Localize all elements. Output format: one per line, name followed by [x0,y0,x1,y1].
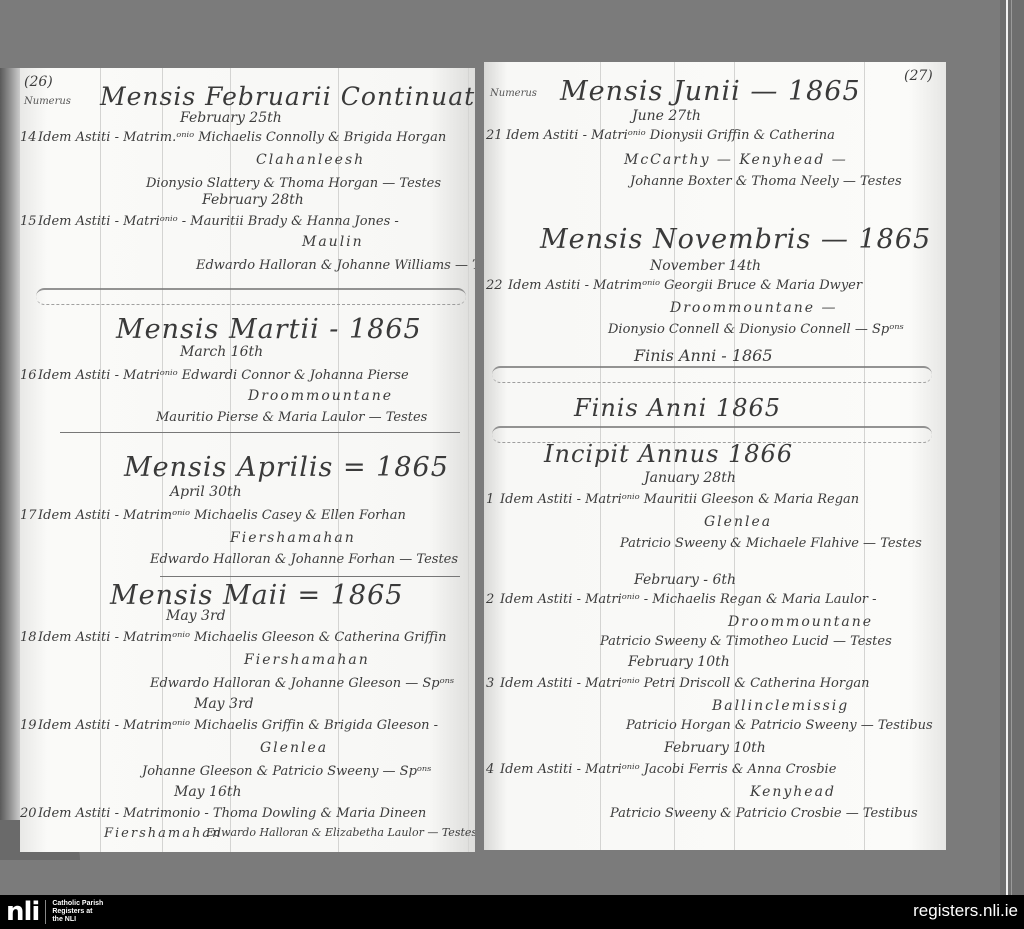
entry-line: Idem Astiti - Matriᵒⁿⁱᵒ Petri Driscoll &… [500,676,870,691]
entry-place: Kenyhead [750,784,836,800]
entry-sponsors: Mauritio Pierse & Maria Laulor — Testes [156,410,427,425]
site-url-link[interactable]: registers.nli.ie [913,901,1018,921]
entry-sponsors: Edwardo Halloran & Elizabetha Laulor — T… [206,826,475,839]
entry-date: February 10th [664,740,766,756]
logo-caption-line: Registers at [52,908,92,915]
logo-caption: Catholic Parish Registers at the NLI [52,900,103,924]
entry-place: Glenlea [260,740,328,756]
section-divider-line [160,576,460,577]
entry-date: January 28th [644,470,736,486]
entry-place: Maulin [302,234,364,250]
column-rule [100,68,101,852]
entry-line: Idem Astiti - Matrimᵒⁿⁱᵒ Georgii Bruce &… [508,278,862,293]
section-divider-line [60,432,460,433]
entry-line: Idem Astiti - Matriᵒⁿⁱᵒ Edwardi Connor &… [38,368,409,383]
entry-number: 20 [20,806,37,821]
page-number: (26) [24,74,53,90]
entry-line: Idem Astiti - Matriᵒⁿⁱᵒ - Mauritii Brady… [38,214,399,229]
entry-place: McCarthy — Kenyhead — [624,152,848,168]
entry-number: 18 [20,630,37,645]
entry-number: 19 [20,718,37,733]
entry-place: Fiershamahan [244,652,370,668]
entry-line: Idem Astiti - Matrimonio - Thoma Dowling… [38,806,426,821]
entry-place: Ballinclemissig [712,698,849,714]
entry-sponsors: Edwardo Halloran & Johanne Williams — Te… [196,258,475,273]
column-rule [468,68,469,852]
entry-place: Droommountane [248,388,393,404]
entry-place: Clahanleesh [256,152,365,168]
month-heading: Mensis Junii — 1865 [560,76,861,107]
entry-number: 1 [486,492,494,507]
nli-logo[interactable]: nli Catholic Parish Registers at the NLI [6,900,103,924]
entry-date: February 10th [628,654,730,670]
entry-number: 22 [486,278,503,293]
month-heading: Mensis Februarii Continuata 1865 [100,82,475,111]
nli-logo-mark: nli [6,900,39,924]
year-end-heading: Finis Anni - 1865 [634,346,773,365]
entry-number: 2 [486,592,494,607]
logo-separator [45,900,46,924]
register-page-right: (27) Numerus Mensis Junii — 1865 June 27… [484,62,946,850]
page-number: (27) [904,68,933,84]
entry-number: 14 [20,130,37,145]
entry-sponsors: Edwardo Halloran & Johanne Gleeson — Spᵒ… [150,676,454,691]
month-heading: Mensis Maii = 1865 [110,580,403,611]
entry-date: May 3rd [194,696,254,712]
entry-date: March 16th [180,344,263,360]
viewer-right-edge [1000,0,1024,895]
entry-place: Glenlea [704,514,772,530]
entry-number: 4 [486,762,494,777]
entry-line: Idem Astiti - Matrimᵒⁿⁱᵒ Michaelis Griff… [38,718,438,733]
margin-heading: Numerus [24,96,71,107]
year-end-heading: Finis Anni 1865 [574,394,781,422]
image-viewer[interactable]: (26) Numerus Mensis Februarii Continuata… [0,0,1024,895]
entry-number: 21 [486,128,503,143]
register-page-left: (26) Numerus Mensis Februarii Continuata… [20,68,475,852]
entry-line: Idem Astiti - Matriᵒⁿⁱᵒ Mauritii Gleeson… [500,492,859,507]
month-heading: Mensis Martii - 1865 [116,314,422,345]
entry-number: 16 [20,368,37,383]
entry-sponsors: Patricio Sweeny & Michaele Flahive — Tes… [620,536,922,551]
entry-date: February 28th [202,192,304,208]
entry-sponsors: Patricio Sweeny & Timotheo Lucid — Teste… [600,634,892,649]
entry-number: 3 [486,676,494,691]
entry-sponsors: Johanne Boxter & Thoma Neely — Testes [630,174,902,189]
margin-heading: Numerus [490,88,537,99]
entry-number: 15 [20,214,37,229]
entry-sponsors: Dionysio Slattery & Thoma Horgan — Teste… [146,176,441,191]
book-edge-shadow [0,68,22,848]
section-divider-flourish [36,288,466,305]
entry-number: 17 [20,508,37,523]
edge-line [1011,0,1012,895]
edge-line [1006,0,1008,895]
logo-caption-line: the NLI [52,916,76,923]
entry-place: Fiershamahan [230,530,356,546]
entry-date: February - 6th [634,572,736,588]
entry-sponsors: Patricio Sweeny & Patricio Crosbie — Tes… [610,806,918,821]
entry-sponsors: Dionysio Connell & Dionysio Connell — Sp… [608,322,904,337]
entry-line: Idem Astiti - Matriᵒⁿⁱᵒ - Michaelis Rega… [500,592,877,607]
entry-date: November 14th [650,258,761,274]
entry-date: June 27th [632,108,701,124]
entry-date: April 30th [170,484,242,500]
entry-place: Fiershamahan [104,826,222,841]
entry-date: May 16th [174,784,242,800]
month-heading: Mensis Novembris — 1865 [540,224,931,255]
year-start-heading: Incipit Annus 1866 [544,440,793,468]
month-heading: Mensis Aprilis = 1865 [124,452,449,483]
footer-bar: nli Catholic Parish Registers at the NLI… [0,895,1024,929]
entry-date: February 25th [180,110,282,126]
entry-line: Idem Astiti - Matriᵒⁿⁱᵒ Dionysii Griffin… [506,128,835,143]
entry-sponsors: Edwardo Halloran & Johanne Forhan — Test… [150,552,458,567]
entry-sponsors: Patricio Horgan & Patricio Sweeny — Test… [626,718,933,733]
entry-line: Idem Astiti - Matriᵒⁿⁱᵒ Jacobi Ferris & … [500,762,836,777]
entry-place: Droommountane [728,614,873,630]
logo-caption-line: Catholic Parish [52,900,103,907]
entry-date: May 3rd [166,608,226,624]
entry-sponsors: Johanne Gleeson & Patricio Sweeny — Spᵒⁿ… [142,764,432,779]
entry-line: Idem Astiti - Matrimᵒⁿⁱᵒ Michaelis Glees… [38,630,447,645]
section-divider-flourish [492,366,932,383]
entry-line: Idem Astiti - Matrimᵒⁿⁱᵒ Michaelis Casey… [38,508,406,523]
entry-line: Idem Astiti - Matrim.ᵒⁿⁱᵒ Michaelis Conn… [38,130,446,145]
entry-place: Droommountane — [670,300,838,316]
